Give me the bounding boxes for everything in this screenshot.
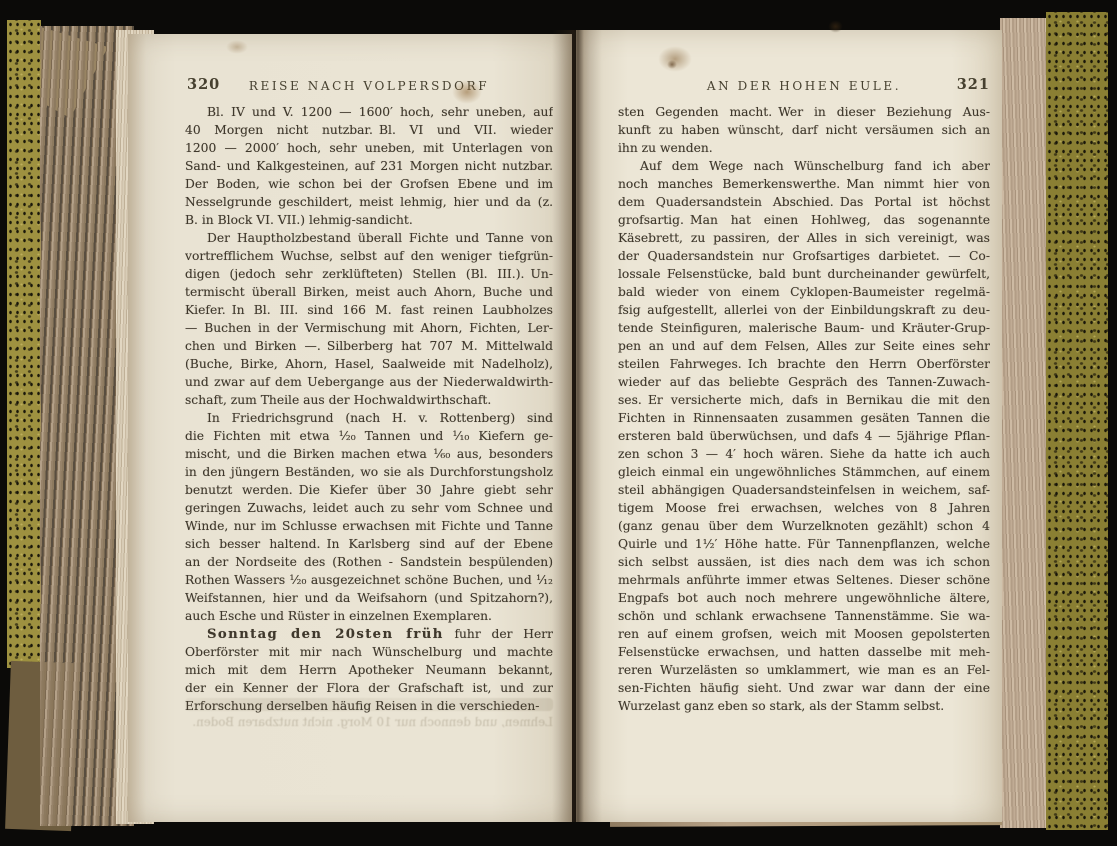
text-line: der ein Kenner der Flora der Grafschaft … — [185, 679, 553, 697]
text-line: auch Esche und Rüster in einzelnen Exemp… — [185, 607, 553, 625]
paragraph: In Friedrichsgrund (nach H. v. Rottenber… — [185, 409, 553, 625]
left-page-text: Bl. IV und V. 1200 — 1600′ hoch, sehr un… — [185, 103, 553, 715]
right-page-number: 321 — [957, 76, 990, 93]
paragraph: Der Hauptholzbestand überall Fichte und … — [185, 229, 553, 409]
text-line: sich selbst aussäen, ist dies nach dem w… — [618, 553, 990, 571]
show-through-smudge — [185, 698, 553, 711]
text-line: tigem Moose frei erwachsen, welches von … — [618, 499, 990, 517]
right-page-text: sten Gegenden macht. Wer in dieser Bezie… — [618, 103, 990, 715]
text-line: noch manches Bemerkenswerthe. Man nimmt … — [618, 175, 990, 193]
left-page-header: 320 REISE NACH VOLPERSDORF — [185, 78, 553, 103]
text-line: Weifstannen, hier und da Weifsahorn (und… — [185, 589, 553, 607]
text-line: Quirle und 1½′ Höhe hatte. Für Tannenpfl… — [618, 535, 990, 553]
text-line: bald wieder von einem Cyklopen-Baumeiste… — [618, 283, 990, 301]
text-line: Fichten in Rinnensaaten zusammen gesäten… — [618, 409, 990, 427]
text-line: die Fichten mit etwa ¹⁄₂₀ Tannen und ¹⁄₁… — [185, 427, 553, 445]
text-line: vortrefflichem Wuchse, selbst auf den we… — [185, 247, 553, 265]
text-line: lossale Felsenstücke, bald bunt durchein… — [618, 265, 990, 283]
text-line: schaft, zum Theile aus der Hochwaldwirth… — [185, 391, 553, 409]
text-line: tende Steinfiguren, malerische Baum- und… — [618, 319, 990, 337]
right-page-header: AN DER HOHEN EULE. 321 — [618, 78, 990, 103]
text-line: — Buchen in der Vermischung mit Ahorn, F… — [185, 319, 553, 337]
text-line: benutzt werden. Die Kiefer über 30 Jahre… — [185, 481, 553, 499]
text-line: B. in Block VI. VII.) lehmig-sandicht. — [185, 211, 553, 229]
marbled-edge-left — [7, 20, 41, 668]
text-line: ses. Er versicherte mich, dafs in Bernik… — [618, 391, 990, 409]
text-line: chen und Birken —. Silberberg hat 707 M.… — [185, 337, 553, 355]
text-line: (ganz genau über dem Wurzelknoten gezähl… — [618, 517, 990, 535]
text-line: ersteren bald überwüchsen, und dafs 4 — … — [618, 427, 990, 445]
text-line: termischt überall Birken, meist auch Aho… — [185, 283, 553, 301]
text-line: Der Boden, wie schon bei der Grofsen Ebe… — [185, 175, 553, 193]
text-line: sen-Fichten häufig sieht. Und zwar war d… — [618, 679, 990, 697]
text-line: Sonntag den 20sten früh fuhr der Herr — [185, 625, 553, 643]
text-line: zen schon 3 — 4′ hoch wären. Siehe da ha… — [618, 445, 990, 463]
paragraph: Auf dem Wege nach Wünschelburg fand ich … — [618, 157, 990, 715]
text-line: Bl. IV und V. 1200 — 1600′ hoch, sehr un… — [185, 103, 553, 121]
text-line: Felsenstücke erwachsen, und hatten dasse… — [618, 643, 990, 661]
text-line: Engpafs bot auch noch mehrere ungewöhnli… — [618, 589, 990, 607]
paragraph: Bl. IV und V. 1200 — 1600′ hoch, sehr un… — [185, 103, 553, 229]
left-page: 320 REISE NACH VOLPERSDORF Bl. IV und V.… — [128, 34, 572, 822]
text-line: und zwar auf dem Uebergange aus der Nied… — [185, 373, 553, 391]
book-scan: 320 REISE NACH VOLPERSDORF Bl. IV und V.… — [0, 0, 1117, 846]
paragraph: sten Gegenden macht. Wer in dieser Bezie… — [618, 103, 990, 157]
text-line: Oberförster mit mir nach Wünschelburg un… — [185, 643, 553, 661]
text-line: mich mit dem Herrn Apotheker Neumann bek… — [185, 661, 553, 679]
text-line: Sand- und Kalkgesteinen, auf 231 Morgen … — [185, 157, 553, 175]
text-line: gleich einmal ein ungewöhnliches Stämmch… — [618, 463, 990, 481]
text-line: sten Gegenden macht. Wer in dieser Bezie… — [618, 103, 990, 121]
text-line: mischt, und die Birken machen etwa ¹⁄₆₀ … — [185, 445, 553, 463]
text-line: an der Nordseite des (Rothen - Sandstein… — [185, 553, 553, 571]
text-line: Winde, nur im Schlusse erwachsen mit Fic… — [185, 517, 553, 535]
text-line: wieder auf das beliebte Gespräch des Tan… — [618, 373, 990, 391]
text-line: fsig aufgestellt, allerlei von der Einbi… — [618, 301, 990, 319]
text-line: Nesselgrunde geschildert, meist lehmig, … — [185, 193, 553, 211]
text-line: steilen Fahrweges. Ich brachte den Herrn… — [618, 355, 990, 373]
show-through-text: Lehmen, und dennoch nur 10 Morg. nicht n… — [185, 698, 553, 731]
text-line: 1200 — 2000′ hoch, sehr uneben, mit Unte… — [185, 139, 553, 157]
text-line: ihn zu wenden. — [618, 139, 990, 157]
text-line: (Buche, Birke, Ahorn, Hasel, Saalweide m… — [185, 355, 553, 373]
text-line: grofsartig. Man hat einen Hohlweg, das s… — [618, 211, 990, 229]
right-page: AN DER HOHEN EULE. 321 sten Gegenden mac… — [576, 30, 1002, 822]
text-line: reren Wurzelästen so umklammert, wie man… — [618, 661, 990, 679]
left-running-title: REISE NACH VOLPERSDORF — [185, 78, 553, 93]
show-through-line: Lehmen, und dennoch nur 10 Morg. nicht n… — [185, 714, 553, 731]
text-line: Auf dem Wege nach Wünschelburg fand ich … — [618, 157, 990, 175]
text-line: in den jüngern Beständen, wo sie als Dur… — [185, 463, 553, 481]
marbled-edge-right — [1046, 12, 1108, 830]
text-line: Der Hauptholzbestand überall Fichte und … — [185, 229, 553, 247]
text-line: der Quadersandstein nur Grofsartiges dar… — [618, 247, 990, 265]
text-line: Wurzelast ganz eben so stark, als der St… — [618, 697, 990, 715]
text-line: ren auf einem grofsen, weich mit Moosen … — [618, 625, 990, 643]
text-line: sich besser haltend. In Karlsberg sind a… — [185, 535, 553, 553]
page-edges-right — [1000, 18, 1047, 828]
text-line: geringen Zuwachs, leidet auch zu sehr vo… — [185, 499, 553, 517]
text-line: pen an und auf dem Felsen, Alles zur Sei… — [618, 337, 990, 355]
text-line: Rothen Wassers ¹⁄₂₀ ausgezeichnet schöne… — [185, 571, 553, 589]
text-line: Kiefer. In Bl. III. sind 166 M. fast rei… — [185, 301, 553, 319]
right-running-title: AN DER HOHEN EULE. — [618, 78, 990, 93]
text-line: steil abhängigen Quadersandsteinfelsen i… — [618, 481, 990, 499]
bold-date-lead: Sonntag den 20sten früh — [207, 627, 444, 642]
text-line: Käsebrett, zu passiren, der Alles in sic… — [618, 229, 990, 247]
text-line: In Friedrichsgrund (nach H. v. Rottenber… — [185, 409, 553, 427]
text-line: 40 Morgen nicht nutzbar. Bl. VI und VII.… — [185, 121, 553, 139]
text-line: dem Quadersandstein Abschied. Das Portal… — [618, 193, 990, 211]
text-line: mehrmals anführte immer etwas Seltenes. … — [618, 571, 990, 589]
left-text-column: 320 REISE NACH VOLPERSDORF Bl. IV und V.… — [185, 78, 553, 715]
text-line: schön und schlank erwachsene Tannenstämm… — [618, 607, 990, 625]
text-line: digen (jedoch sehr zerklüfteten) Stellen… — [185, 265, 553, 283]
left-page-number: 320 — [187, 76, 220, 93]
text-line: kunft zu haben wünscht, darf nicht versä… — [618, 121, 990, 139]
right-text-column: AN DER HOHEN EULE. 321 sten Gegenden mac… — [618, 78, 990, 715]
